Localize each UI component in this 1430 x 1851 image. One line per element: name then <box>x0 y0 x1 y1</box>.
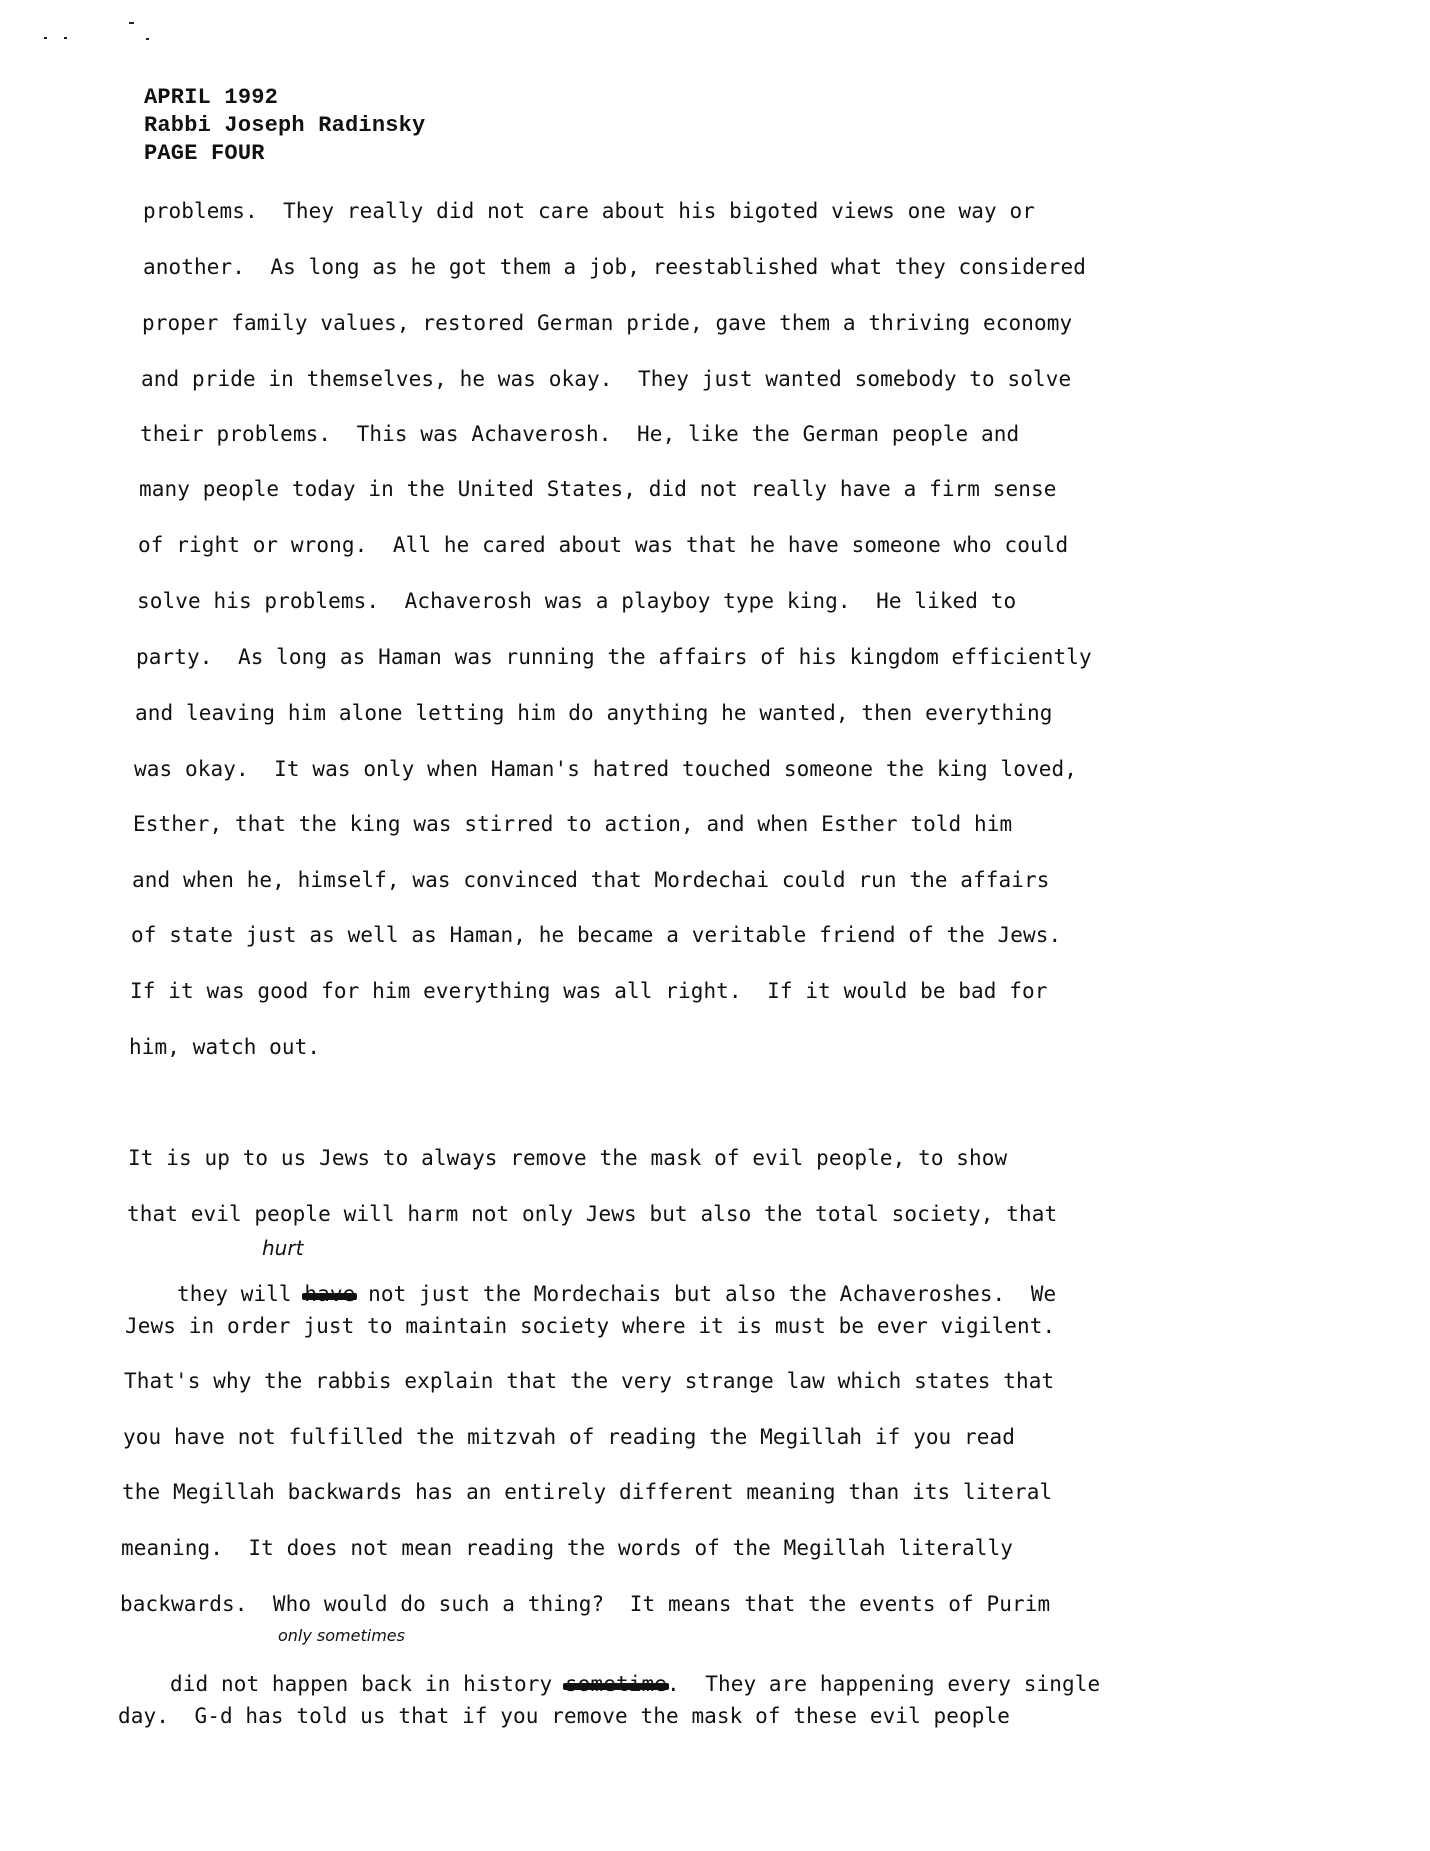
text-line: party. As long as Haman was running the … <box>136 645 1092 669</box>
text-line: It is up to us Jews to always remove the… <box>128 1146 1007 1170</box>
text-line: meaning. It does not mean reading the wo… <box>121 1536 1013 1560</box>
text-line: was okay. It was only when Haman's hatre… <box>134 757 1077 781</box>
text-line: many people today in the United States, … <box>139 477 1057 501</box>
header-date: APRIL 1992 <box>144 84 425 112</box>
scan-speck <box>44 37 47 39</box>
strikethrough-mark <box>302 1293 357 1300</box>
text-line: the Megillah backwards has an entirely d… <box>122 1480 1052 1504</box>
scan-speck <box>146 38 149 40</box>
text-line: and pride in themselves, he was okay. Th… <box>141 367 1071 391</box>
text-line: of state just as well as Haman, he becam… <box>131 923 1061 947</box>
handwritten-correction: only sometimes <box>278 1626 405 1645</box>
document-page: APRIL 1992 Rabbi Joseph Radinsky PAGE FO… <box>0 0 1430 1851</box>
text-segment: . They are happening every single <box>667 1672 1100 1696</box>
header-page: PAGE FOUR <box>144 140 425 168</box>
text-line: him, watch out. <box>129 1035 320 1059</box>
text-line: Esther, that the king was stirred to act… <box>133 812 1012 836</box>
text-line: backwards. Who would do such a thing? It… <box>120 1592 1050 1616</box>
strikethrough-mark <box>563 1683 669 1690</box>
scan-speck <box>64 37 67 39</box>
text-line: their problems. This was Achaverosh. He,… <box>140 422 1019 446</box>
text-line: you have not fulfilled the mitzvah of re… <box>123 1425 1015 1449</box>
text-line: another. As long as he got them a job, r… <box>143 255 1086 279</box>
struck-word: sometime <box>565 1672 667 1696</box>
text-line: If it was good for him everything was al… <box>130 979 1048 1003</box>
text-segment: not just the Mordechais but also the Ach… <box>355 1282 1056 1306</box>
document-header: APRIL 1992 Rabbi Joseph Radinsky PAGE FO… <box>144 84 425 168</box>
text-line: problems. They really did not care about… <box>143 199 1035 223</box>
text-segment: did not happen back in history <box>170 1672 565 1696</box>
header-author: Rabbi Joseph Radinsky <box>144 112 425 140</box>
text-line: and leaving him alone letting him do any… <box>135 701 1053 725</box>
struck-word: have <box>304 1282 355 1306</box>
handwritten-correction: hurt <box>262 1236 303 1260</box>
text-line: of right or wrong. All he cared about wa… <box>138 533 1068 557</box>
text-line: That's why the rabbis explain that the v… <box>124 1369 1054 1393</box>
text-line: solve his problems. Achaverosh was a pla… <box>137 589 1016 613</box>
text-segment: they will <box>177 1282 304 1306</box>
text-line: Jews in order just to maintain society w… <box>125 1314 1055 1338</box>
text-line: day. G-d has told us that if you remove … <box>118 1704 1010 1728</box>
text-line: that evil people will harm not only Jews… <box>127 1202 1057 1226</box>
text-line: proper family values, restored German pr… <box>142 311 1072 335</box>
scan-speck <box>129 22 134 24</box>
text-line: and when he, himself, was convinced that… <box>132 868 1050 892</box>
